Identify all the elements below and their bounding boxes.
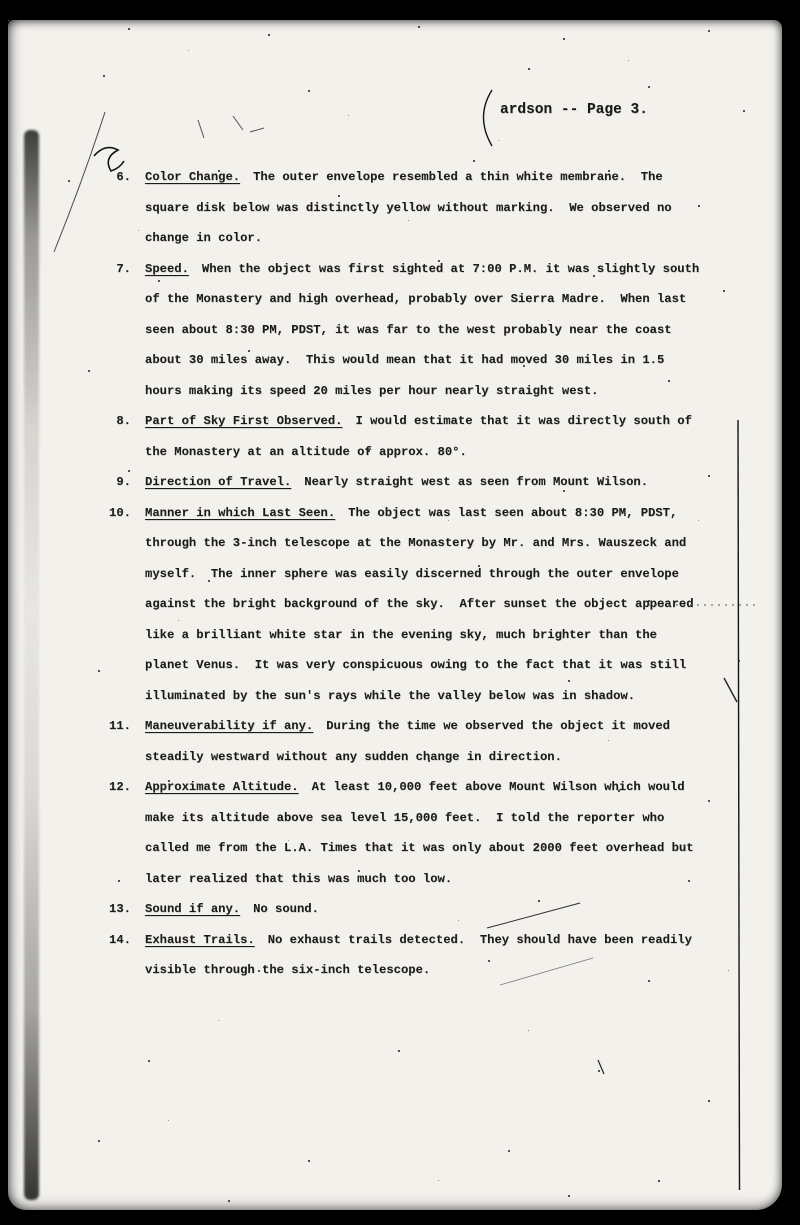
item-heading: Color Change.	[145, 170, 240, 184]
item-heading: Direction of Travel.	[145, 475, 291, 489]
item-number: 12.	[103, 772, 131, 803]
report-body: 6.Color Change.The outer envelope resemb…	[8, 162, 782, 986]
item-heading: Speed.	[145, 262, 189, 276]
item-number: 8.	[103, 406, 131, 437]
item-text: Sound if any.No sound.	[145, 902, 319, 916]
item-number: 11.	[103, 711, 131, 742]
item-text: Speed.When the object was first sighted …	[145, 262, 707, 398]
item-heading: Maneuverability if any.	[145, 719, 313, 733]
item-body: At least 10,000 feet above Mount Wilson …	[145, 780, 701, 886]
scan-background: { "colors": { "background": "#000000", "…	[0, 0, 800, 1225]
page-header: ardson -- Page 3.	[500, 102, 648, 118]
item-number: 10.	[103, 498, 131, 529]
report-item-7: 7.Speed.When the object was first sighte…	[8, 254, 782, 407]
item-text: Direction of Travel.Nearly straight west…	[145, 475, 648, 489]
item-text: Approximate Altitude.At least 10,000 fee…	[145, 780, 701, 886]
report-item-14: 14.Exhaust Trails.No exhaust trails dete…	[8, 925, 782, 986]
report-item-11: 11.Maneuverability if any.During the tim…	[8, 711, 782, 772]
pencil-marks	[198, 116, 264, 138]
noise-speckles-light	[8, 20, 9, 21]
item-number: 14.	[103, 925, 131, 956]
item-text: Exhaust Trails.No exhaust trails detecte…	[145, 933, 699, 978]
tick-mark	[598, 1060, 604, 1074]
report-item-13: 13.Sound if any.No sound.	[8, 894, 782, 925]
noise-speckles-dark	[8, 20, 10, 22]
report-item-8: 8.Part of Sky First Observed.I would est…	[8, 406, 782, 467]
item-text: Part of Sky First Observed.I would estim…	[145, 414, 699, 459]
report-item-6: 6.Color Change.The outer envelope resemb…	[8, 162, 782, 254]
item-heading: Manner in which Last Seen.	[145, 506, 335, 520]
item-number: 6.	[103, 162, 131, 193]
report-item-10: 10.Manner in which Last Seen.The object …	[8, 498, 782, 712]
item-text: Manner in which Last Seen.The object was…	[145, 506, 701, 703]
item-text: Color Change.The outer envelope resemble…	[145, 170, 679, 245]
item-body: When the object was first sighted at 7:0…	[145, 262, 707, 398]
scanner-bed: ardson -- Page 3. 6.Color Change.The out…	[0, 0, 800, 1225]
item-heading: Exhaust Trails.	[145, 933, 255, 947]
item-body: The object was last seen about 8:30 PM, …	[145, 506, 701, 703]
item-heading: Part of Sky First Observed.	[145, 414, 342, 428]
report-item-12: 12.Approximate Altitude.At least 10,000 …	[8, 772, 782, 894]
item-number: 7.	[103, 254, 131, 285]
item-text: Maneuverability if any.During the time w…	[145, 719, 677, 764]
item-heading: Approximate Altitude.	[145, 780, 299, 794]
item-number: 9.	[103, 467, 131, 498]
page-header-text: ardson -- Page 3.	[500, 102, 648, 118]
item-body: No sound.	[253, 902, 319, 916]
item-heading: Sound if any.	[145, 902, 240, 916]
document-page: ardson -- Page 3. 6.Color Change.The out…	[8, 20, 782, 1210]
item-body: Nearly straight west as seen from Mount …	[304, 475, 648, 489]
item-number: 13.	[103, 894, 131, 925]
report-item-9: 9.Direction of Travel.Nearly straight we…	[8, 467, 782, 498]
header-brace-mark	[484, 90, 493, 146]
